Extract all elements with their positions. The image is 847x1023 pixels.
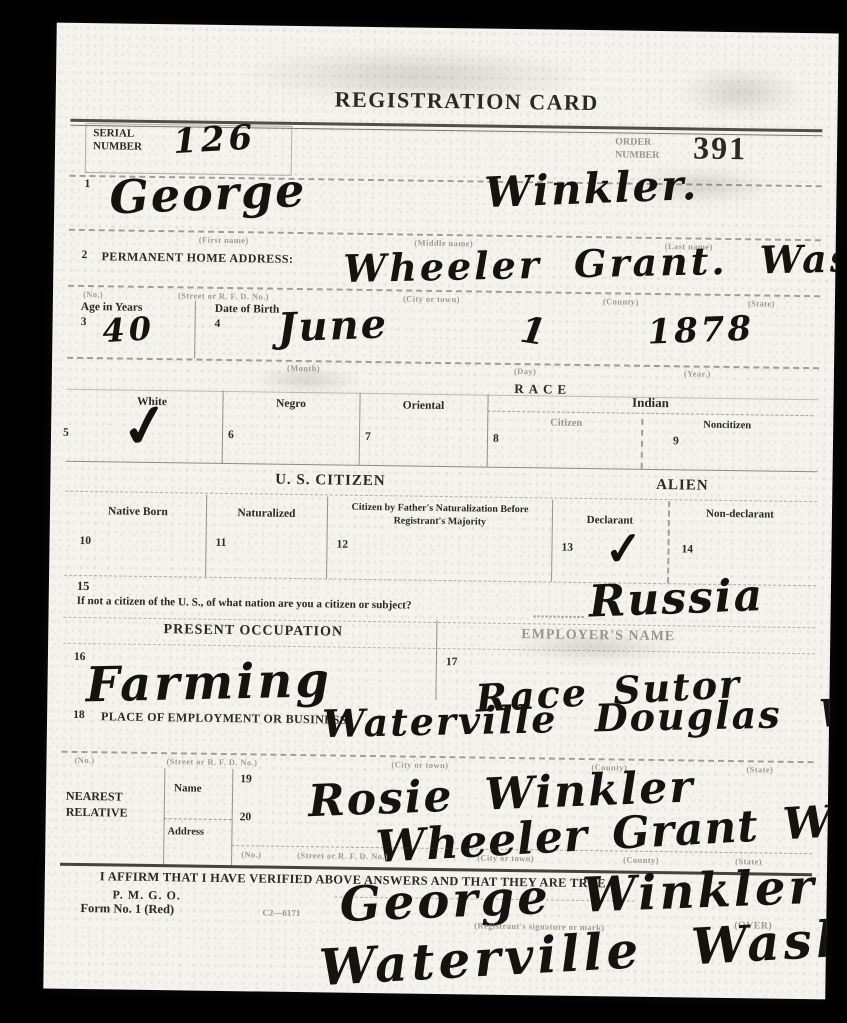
nation-handwriting: Russia [588,574,765,625]
line18-number: 18 [73,709,85,721]
birth-sublabel-day: (Day) [514,366,536,376]
citizen-by-father-label: Citizen by Father's Naturalization Befor… [332,500,548,529]
relative-sublabel-street: (Street or R. F. D. No.) [297,850,388,861]
age-handwriting: 40 [102,312,156,347]
divider [641,419,644,469]
line1-number: 1 [84,178,90,190]
serial-number-label: SERIAL NUMBER [93,127,163,154]
naturalized-label: Naturalized [206,507,327,521]
nation-question: If not a citizen of the U. S., of what n… [77,595,412,612]
citizen-cell-number: 11 [215,537,226,549]
race-cell-number: 7 [365,431,371,443]
line16-number: 16 [74,651,86,663]
race-indian-group-label: Indian [487,393,813,414]
alien-header: ALIEN [552,476,812,497]
citizen-cell-number: 13 [561,542,573,554]
employer-header: EMPLOYER'S NAME [448,626,748,646]
occupation-handwriting: Farming [85,656,332,709]
race-indian-noncitizen-label: Noncitizen [641,419,813,432]
divider [435,620,437,700]
relative-address-label: Address [167,826,204,838]
employment-sublabel-no: (No.) [74,755,94,765]
divider [231,769,233,865]
order-number-label: ORDER NUMBER [615,136,677,162]
employment-sublabel-city: (City or town) [391,759,448,770]
employment-place-handwriting: Waterville Douglas Wash [322,692,839,743]
home-address-label: PERMANENT HOME ADDRESS: [101,249,293,267]
race-oriental-label: Oriental [359,399,487,413]
us-citizen-header: U. S. CITIZEN [110,469,550,492]
birth-month-handwriting: June [277,304,389,348]
non-declarant-label: Non-declarant [668,507,812,523]
line17-number: 17 [446,656,458,668]
birth-day-handwriting: 1 [518,312,548,351]
dotted-leader [534,615,584,618]
occupation-header: PRESENT OCCUPATION [88,621,418,642]
form-number-label: Form No. 1 (Red) [80,901,174,917]
checkmark-icon: ✓ [117,394,174,459]
relative-name-label: Name [174,782,202,794]
birth-sublabel-year: (Year.) [684,368,711,378]
last-name-handwriting: Winkler. [484,164,699,214]
address-sublabel-no: (No.) [83,289,103,299]
address-sublabel-state: (State) [748,298,775,308]
page-title: REGISTRATION CARD [96,83,838,119]
line19-number: 19 [240,773,252,785]
nearest-relative-label: NEAREST RELATIVE [66,789,151,821]
employment-sublabel-state: (State) [746,764,773,774]
rule [67,357,819,369]
birth-label: Date of Birth [215,303,280,316]
line20-number: 20 [240,811,252,823]
serial-number-value: 126 [172,121,257,160]
native-born-label: Native Born [70,505,206,519]
address-sublabel-county: (County) [603,296,639,306]
divider [194,301,196,359]
citizen-cell-number: 14 [681,543,693,555]
first-name-sublabel: (First name) [149,234,299,246]
race-cell-number: 9 [673,435,679,447]
first-name-handwriting: George [109,167,308,221]
divider [163,768,165,864]
relative-sublabel-no: (No.) [241,849,261,859]
employment-place-label: PLACE OF EMPLOYMENT OR BUSINESS: [101,709,351,727]
line15-number: 15 [77,579,90,594]
rule [164,818,232,820]
race-negro-label: Negro [222,397,359,411]
address-sublabel-street: (Street or R. F. D. No.) [178,290,269,301]
citizen-cell-number: 10 [79,535,91,547]
birth-year-handwriting: 1878 [647,312,755,350]
race-cell-number: 6 [228,429,234,441]
race-indian-citizen-label: Citizen [491,417,641,430]
citizen-cell-number: 12 [336,539,348,551]
relative-sublabel-county: (County) [623,855,659,865]
address-sublabel-city: (City or town) [403,293,460,304]
birth-sublabel-month: (Month) [287,363,320,373]
checkmark-icon: ✓ [603,525,645,574]
employment-sublabel-street: (Street or R. F. D. No.) [166,756,257,767]
registration-card-paper: REGISTRATION CARD SERIAL NUMBER 126 ORDE… [43,23,838,1000]
relative-sublabel-city: (City or town) [477,853,534,864]
print-code: C2—6171 [262,908,300,919]
order-number-value: 391 [693,129,748,167]
line4-number: 4 [215,318,221,330]
scanned-registration-card-page: REGISTRATION CARD SERIAL NUMBER 126 ORDE… [0,0,847,1023]
line3-number: 3 [81,316,87,328]
race-cell-number: 8 [493,433,499,445]
divider [551,500,553,582]
line2-number: 2 [81,249,87,261]
home-address-handwriting: Wheeler Grant. Wash [343,239,839,288]
race-cell-number: 5 [63,427,69,439]
